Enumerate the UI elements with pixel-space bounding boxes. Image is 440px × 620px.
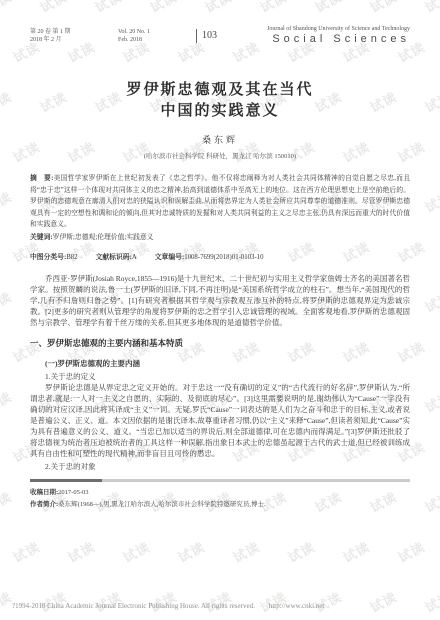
doc-code-item: 文献标识码:A (96, 251, 137, 261)
article-title-line2: 中国的实践意义 (30, 101, 410, 122)
clc-value: B82 (66, 254, 77, 261)
article-title: 罗伊斯忠德观及其在当代 中国的实践意义 (30, 80, 410, 122)
page-number: 103 (196, 29, 217, 43)
abstract-text: 美国哲学家罗伊斯在上世纪初发表了《忠之哲学》。他不仅将忠阐释为对人类社会共同体精… (30, 175, 410, 228)
journal-subtitle-en: Social Sciences (223, 33, 410, 46)
keywords-text: 罗伊斯;忠德观;伦理价值;实践意义 (53, 234, 154, 241)
article-body: 乔西亚·罗伊斯(Josiah Royce,1855—1916)是十九世纪末、二十… (30, 273, 410, 472)
issue-info-cn: 第 20 卷 第 1 期 2018 年 2 月 (30, 28, 118, 44)
section1-heading: 一、罗伊斯忠德观的主要内涵和基本特质 (30, 338, 410, 349)
author-bio-label: 作者简介: (30, 501, 58, 508)
received-date-value: 2017-05-03 (58, 489, 88, 496)
footer-copyright: ?1994-2018 China Academic Journal Electr… (12, 602, 255, 610)
journal-name-block: Journal of Shandong University of Scienc… (223, 26, 410, 46)
point1-heading: 1.关于忠的定义 (30, 371, 410, 382)
keywords-line: 关键词:罗伊斯;忠德观;伦理价值;实践意义 (30, 232, 410, 244)
issue-date-cn: 2018 年 2 月 (30, 36, 118, 44)
received-date-line: 收稿日期:2017-05-03 (30, 487, 410, 499)
watermark-text: 试读 (9, 537, 43, 567)
article-title-line1: 罗伊斯忠德观及其在当代 (30, 80, 410, 101)
footer-url: http://www.cnki.net (269, 602, 325, 610)
article-no-value: 1008-7699(2018)01-0103-10 (184, 254, 263, 261)
issue-volume-cn: 第 20 卷 第 1 期 (30, 28, 118, 36)
doc-code-label: 文献标识码: (96, 254, 132, 261)
issue-date-en: Feb. 2018 (118, 36, 196, 44)
author-bio-line: 作者简介:桑东辉(1968—),男,黑龙江哈尔滨人,哈尔滨市社会科学院特邀研究员… (30, 499, 410, 511)
clc-label: 中图分类号: (30, 254, 66, 261)
watermark-text: 试读 (394, 537, 428, 567)
author-affiliation: (哈尔滨市社会科学院 科研处，黑龙江 哈尔滨 150010) (30, 151, 410, 160)
author-bio-text: 桑东辉(1968—),男,黑龙江哈尔滨人,哈尔滨市社会科学院特邀研究员,博士. (58, 501, 265, 508)
classification-line: 中图分类号:B82 文献标识码:A 文章编号:1008-7699(2018)01… (30, 251, 410, 261)
watermark-text: 试读 (284, 537, 318, 567)
article-no-item: 文章编号:1008-7699(2018)01-0103-10 (155, 251, 264, 261)
doc-code-value: A (132, 254, 137, 261)
page-content: 第 20 卷 第 1 期 2018 年 2 月 Vol. 20 No. 1 Fe… (0, 0, 440, 511)
abstract-label: 摘 要: (30, 175, 53, 182)
footnotes-block: 收稿日期:2017-05-03 作者简介:桑东辉(1968—),男,黑龙江哈尔滨… (30, 487, 410, 511)
watermark-text: 试读 (229, 537, 263, 567)
cnki-footer: ?1994-2018 China Academic Journal Electr… (12, 602, 428, 610)
clc-item: 中图分类号:B82 (30, 251, 78, 261)
definition-paragraph: 罗伊斯论忠德是从界定忠之定义开始的。对于忠这一“没有确切的定义”的“古代流行的好… (30, 382, 410, 459)
watermark-text: 试读 (119, 537, 153, 567)
subsection1-heading: (一)罗伊斯忠德观的主要内涵 (30, 358, 410, 369)
journal-name-en: Journal of Shandong University of Scienc… (223, 26, 410, 33)
point2-heading: 2.关于忠的对象 (30, 461, 410, 472)
watermark-text: 试读 (339, 537, 373, 567)
abstract-block: 摘 要:美国哲学家罗伊斯在上世纪初发表了《忠之哲学》。他不仅将忠阐释为对人类社会… (30, 173, 410, 231)
intro-paragraph: 乔西亚·罗伊斯(Josiah Royce,1855—1916)是十九世纪末、二十… (30, 273, 410, 328)
footnote-separator (30, 479, 410, 482)
author-name: 桑东辉 (30, 133, 410, 146)
watermark-text: 试读 (174, 537, 208, 567)
issue-info-en: Vol. 20 No. 1 Feb. 2018 (118, 28, 196, 44)
keywords-label: 关键词: (30, 234, 53, 241)
article-no-label: 文章编号: (155, 254, 184, 261)
journal-masthead: 第 20 卷 第 1 期 2018 年 2 月 Vol. 20 No. 1 Fe… (30, 26, 410, 46)
issue-volume-en: Vol. 20 No. 1 (118, 28, 196, 36)
watermark-text: 试读 (64, 537, 98, 567)
received-date-label: 收稿日期: (30, 489, 58, 496)
